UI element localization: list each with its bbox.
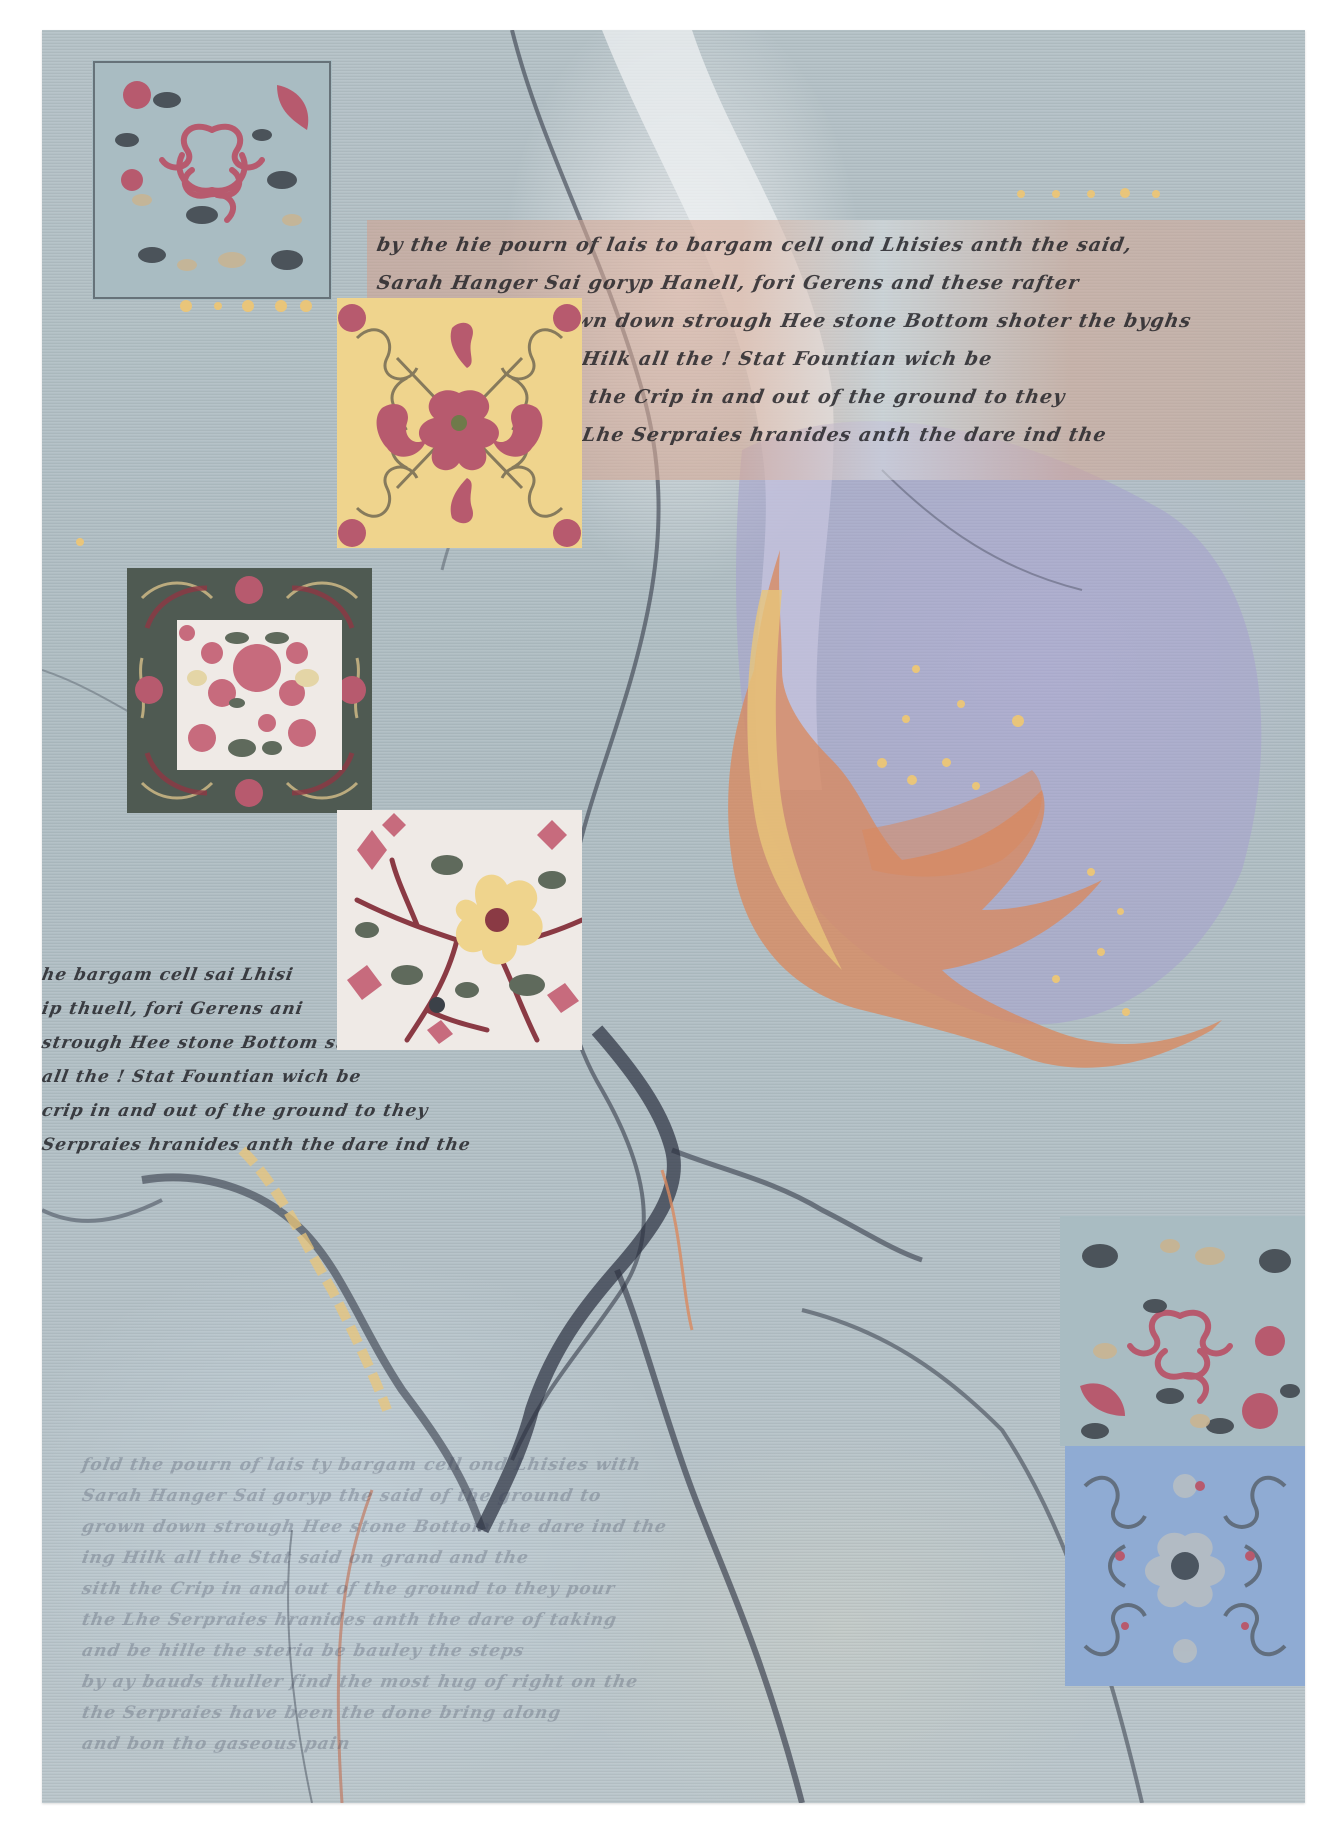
gold-dot [877,758,887,768]
script-line: Serpraies hranides anth the dare ind the [39,1128,515,1162]
gold-dot [1152,190,1160,198]
gold-dot [214,302,222,310]
gold-dot [957,700,965,708]
script-line: Sarah Hanger Sai goryp the said of the g… [79,1481,984,1512]
tile-right-chrysanthemum [1060,1216,1305,1446]
gold-dot [1117,908,1124,915]
script-line: the Serpraies have been the done bring a… [79,1698,984,1729]
gold-dot [907,775,917,785]
tile-blue-arabesque [1065,1446,1305,1686]
script-line: fold the pourn of lais ty bargam cell on… [79,1450,984,1481]
gold-dot [1052,975,1060,983]
script-line: by the hie pourn of lais to bargam cell … [374,226,1309,264]
tile-yellow-arabesque [337,298,582,548]
rug: by the hie pourn of lais to bargam cell … [42,30,1305,1803]
script-line: Sarah Hanger Sai goryp Hanell, fori Gere… [374,264,1309,302]
tile-framed-bouquet [127,568,372,813]
script-line: and bon tho gaseous pain [79,1729,984,1760]
gold-dot [180,300,192,312]
gold-dot [1087,868,1095,876]
gold-dot [300,300,312,312]
gold-dot [1097,948,1105,956]
gold-dot [1017,190,1025,198]
script-line: crip in and out of the ground to they [39,1094,515,1128]
script-line: grown down strough Hee stone Bottom the … [79,1512,984,1543]
gold-dot [1012,715,1024,727]
script-line: and be hille the steria be bauley the st… [79,1636,984,1667]
gold-dot [76,538,84,546]
gold-dot [912,665,920,673]
script-line: sith the Crip in and out of the ground t… [79,1574,984,1605]
script-line: the Lhe Serpraies hranides anth the dare… [79,1605,984,1636]
script-line: by ay bauds thuller find the most hug of… [79,1667,984,1698]
gold-dot [242,300,254,312]
tile-ivory-blossom [337,810,582,1050]
gold-dot [1052,190,1060,198]
gold-dot [1122,1008,1130,1016]
gold-dot [275,300,287,312]
gold-dot [942,758,951,767]
gold-dot [972,782,980,790]
script-line: ing Hilk all the Stat said on grand and … [79,1543,984,1574]
script-block-bottom-faded: fold the pourn of lais ty bargam cell on… [82,1450,982,1760]
tile-top-left-chrysanthemum [92,60,332,300]
script-line: all the ! Stat Fountian wich be [39,1060,515,1094]
gold-dot [1120,188,1130,198]
gold-dot [1087,190,1095,198]
gold-dot [902,715,910,723]
